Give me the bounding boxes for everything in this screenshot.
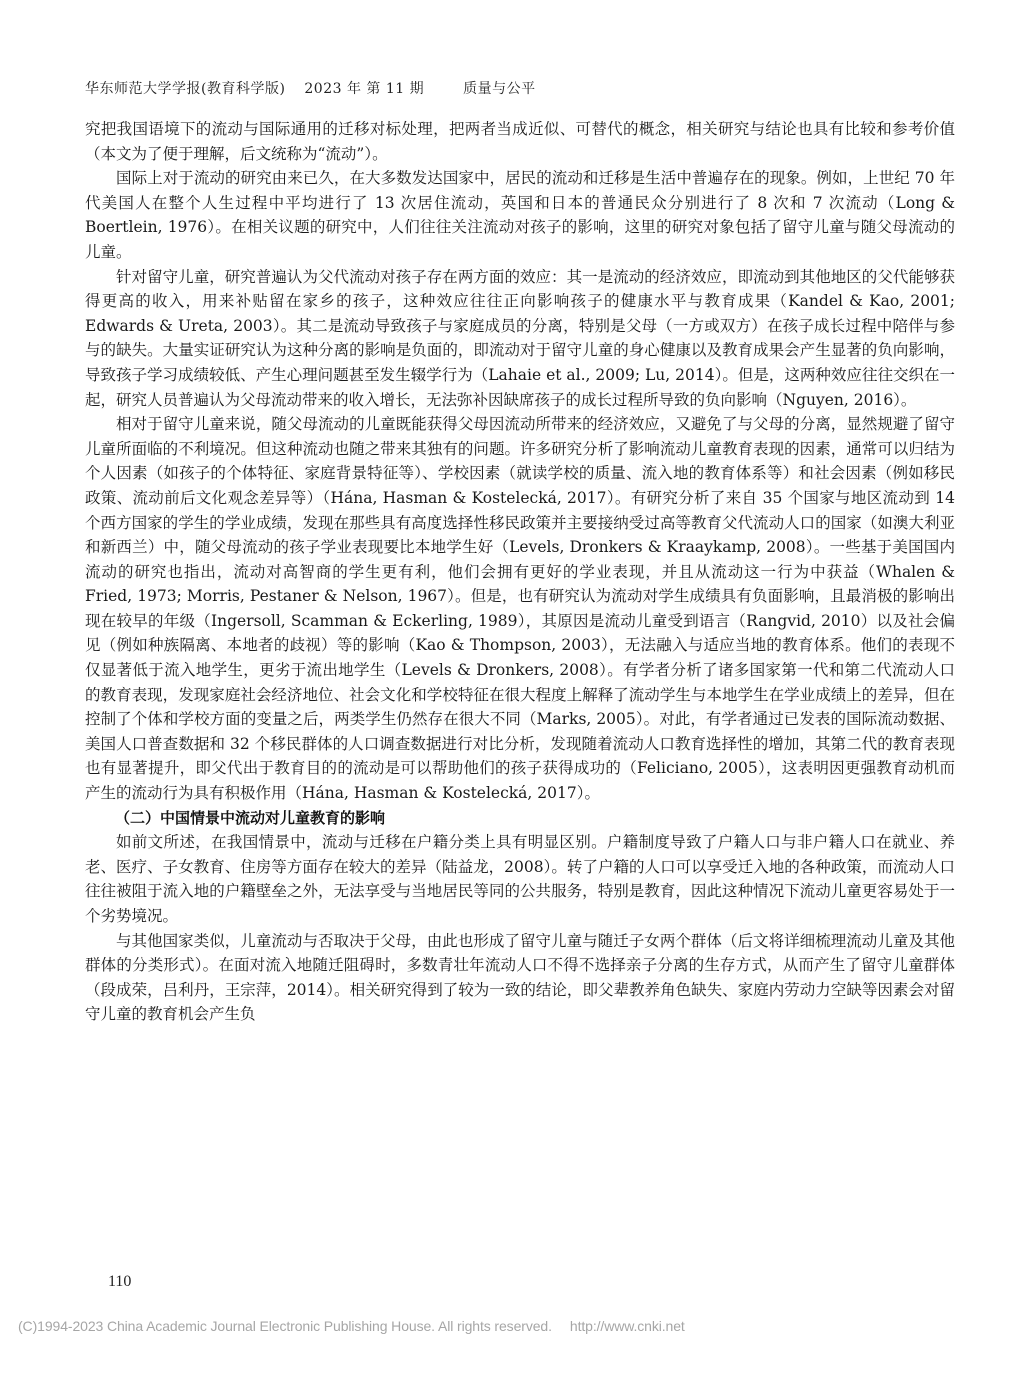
footer-url: http://www.cnki.net (570, 1318, 685, 1334)
page-number: 110 (108, 1273, 131, 1291)
copyright-footer: (C)1994-2023 China Academic Journal Elec… (18, 1318, 1008, 1334)
article-body: 究把我国语境下的流动与国际通用的迁移对标处理，把两者当成近似、可替代的概念，相关… (85, 117, 955, 1027)
section-heading: （二）中国情景中流动对儿童教育的影响 (85, 806, 955, 831)
paragraph-two-groups: 与其他国家类似，儿童流动与否取决于父母，由此也形成了留守儿童与随迁子女两个群体（… (85, 929, 955, 1027)
journal-name: 华东师范大学学报(教育科学版) (85, 78, 285, 98)
paragraph-continued: 究把我国语境下的流动与国际通用的迁移对标处理，把两者当成近似、可替代的概念，相关… (85, 117, 955, 166)
paragraph-left-behind-children: 针对留守儿童，研究普遍认为父代流动对孩子存在两方面的效应：其一是流动的经济效应，… (85, 265, 955, 413)
journal-issue: 2023 年 第 11 期 (304, 78, 424, 98)
copyright-text: (C)1994-2023 China Academic Journal Elec… (18, 1318, 552, 1334)
paragraph-international-migration: 国际上对于流动的研究由来已久，在大多数发达国家中，居民的流动和迁移是生活中普遍存… (85, 166, 955, 264)
journal-page: 华东师范大学学报(教育科学版) 2023 年 第 11 期 质量与公平 究把我国… (0, 0, 1024, 1375)
paragraph-migrant-children: 相对于留守儿童来说，随父母流动的儿童既能获得父母因流动所带来的经济效应，又避免了… (85, 412, 955, 806)
running-head: 华东师范大学学报(教育科学版) 2023 年 第 11 期 质量与公平 (85, 78, 945, 98)
paragraph-hukou: 如前文所述，在我国情景中，流动与迁移在户籍分类上具有明显区别。户籍制度导致了户籍… (85, 830, 955, 928)
journal-section: 质量与公平 (463, 78, 536, 98)
